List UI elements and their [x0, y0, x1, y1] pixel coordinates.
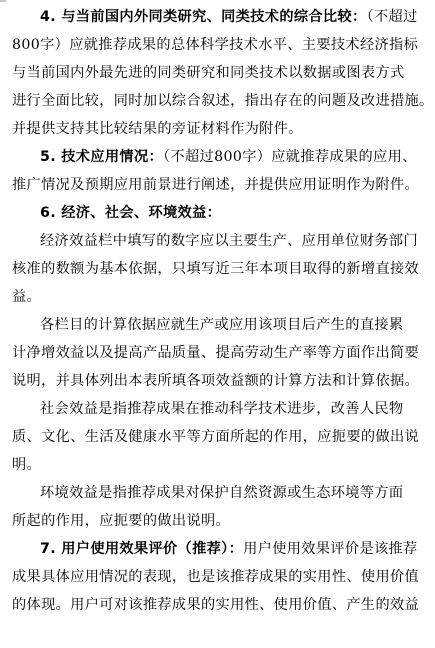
economic-benefit-line-3: 益。	[12, 287, 432, 307]
section-4-line-2: 800字）应就推荐成果的总体科学技术水平、主要技术经济指标	[12, 35, 432, 55]
section-4-heading: 4. 与当前国内外同类研究、同类技术的综合比较：	[40, 9, 367, 25]
page-corner-mark	[0, 0, 6, 2]
calculation-basis-line-2: 计净增效益以及提高产品质量、提高劳动生产率等方面作出简要	[12, 343, 432, 363]
section-7-heading: 7. 用户使用效果评价（推荐）：	[40, 541, 243, 557]
section-5-line-1: 5. 技术应用情况：（不超过800字）应就推荐成果的应用、	[40, 147, 432, 167]
section-5-heading: 5. 技术应用情况：	[40, 149, 163, 165]
section-4-line-4: 进行全面比较，同时加以综合叙述，指出存在的问题及改进措施。	[12, 91, 432, 111]
section-5-text: （不超过800字）应就推荐成果的应用、	[163, 149, 417, 165]
section-5-line-2: 推广情况及预期应用前景进行阐述，并提供应用证明作为附件。	[12, 175, 432, 195]
environmental-benefit-line-2: 所起的作用，应扼要的做出说明。	[12, 511, 432, 531]
section-4-line-3: 与当前国内外最先进的同类研究和同类技术以数据或图表方式	[12, 63, 432, 83]
section-7-line-1: 7. 用户使用效果评价（推荐）：用户使用效果评价是该推荐	[40, 539, 432, 559]
social-benefit-line-1: 社会效益是指推荐成果在推动科学技术进步，改善人民物	[40, 399, 432, 419]
social-benefit-line-3: 明。	[12, 455, 432, 475]
section-7-text: 用户使用效果评价是该推荐	[243, 541, 417, 557]
calculation-basis-line-1: 各栏目的计算依据应就生产或应用该项目后产生的直接累	[40, 315, 432, 335]
environmental-benefit-line-1: 环境效益是指推荐成果对保护自然资源或生态环境等方面	[40, 483, 432, 503]
section-4-text: （不超过	[367, 9, 418, 25]
economic-benefit-line-1: 经济效益栏中填写的数字应以主要生产、应用单位财务部门	[40, 231, 432, 251]
document-page: 4. 与当前国内外同类研究、同类技术的综合比较：（不超过 800字）应就推荐成果…	[0, 0, 435, 648]
section-7-line-3: 的体现。用户可对该推荐成果的实用性、使用价值、产生的效益	[12, 595, 432, 615]
section-4-line-1: 4. 与当前国内外同类研究、同类技术的综合比较：（不超过	[40, 7, 432, 27]
section-7-line-2: 成果具体应用情况的表现，也是该推荐成果的实用性、使用价值	[12, 567, 432, 587]
section-4-line-5: 并提供支持其比较结果的旁证材料作为附件。	[12, 119, 432, 139]
economic-benefit-line-2: 核准的数额为基本依据，只填写近三年本项目取得的新增直接效	[12, 259, 432, 279]
social-benefit-line-2: 质、文化、生活及健康水平等方面所起的作用，应扼要的做出说	[12, 427, 432, 447]
calculation-basis-line-3: 说明，并具体列出本表所填各项效益额的计算方法和计算依据。	[12, 371, 432, 391]
section-6-heading: 6. 经济、社会、环境效益：	[40, 203, 432, 223]
